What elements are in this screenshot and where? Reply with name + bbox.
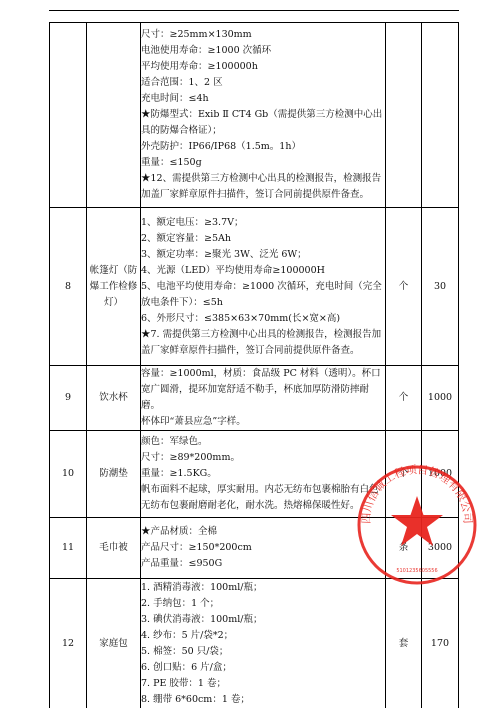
row-number: 10 bbox=[50, 431, 87, 518]
item-quantity: 1000 bbox=[422, 366, 459, 431]
item-name: 家庭包 bbox=[87, 579, 141, 708]
spec-line: ★产品材质：全棉 bbox=[141, 524, 385, 540]
item-unit: 个 bbox=[386, 431, 422, 518]
spec-line: 1、额定电压：≥3.7V； bbox=[141, 215, 385, 231]
spec-line: 重量：≤150g bbox=[141, 155, 385, 171]
item-spec: ★产品材质：全棉 产品尺寸：≥150*200cm 产品重量：≤950G bbox=[141, 518, 386, 579]
spec-line: 平均使用寿命：≥100000h bbox=[141, 59, 385, 75]
spec-line: 5、电池平均使用寿命：≥1000 次循环，充电时间（完全放电条件下）：≤5h bbox=[141, 279, 385, 311]
spec-line: 电池使用寿命：≥1000 次循环 bbox=[141, 43, 385, 59]
table-row: 8 帐篷灯（防爆工作检修灯） 1、额定电压：≥3.7V； 2、额定容量：≥5Ah… bbox=[50, 208, 459, 366]
spec-line: 2. 手纳包：1 个； bbox=[141, 596, 385, 612]
spec-line: ★7. 需提供第三方检测中心出具的检测报告，检测报告加盖厂家鲜章原件扫描件，签订… bbox=[141, 327, 385, 359]
spec-line: 尺寸：≥25mm×130mm bbox=[141, 27, 385, 43]
row-number: 9 bbox=[50, 366, 87, 431]
item-name: 饮水杯 bbox=[87, 366, 141, 431]
item-quantity: 3000 bbox=[422, 518, 459, 579]
spec-line: ★防爆型式：Exib Ⅱ CT4 Gb（需提供第三方检测中心出具的防爆合格证）； bbox=[141, 107, 385, 139]
spec-line: 6. 创口贴：6 片/盒； bbox=[141, 660, 385, 676]
item-quantity bbox=[422, 23, 459, 208]
item-spec: 容量：≥1000ml，材质：食品级 PC 材料（透明）。杯口宽广圆滑，提环加宽舒… bbox=[141, 366, 386, 431]
spec-line: 4、光源（LED）平均使用寿命≥100000H bbox=[141, 263, 385, 279]
item-name: 帐篷灯（防爆工作检修灯） bbox=[87, 208, 141, 366]
item-spec: 颜色：军绿色。 尺寸：≥89*200mm。 重量：≥1.5KG。 帆布面料不起球… bbox=[141, 431, 386, 518]
spec-line: 7. PE 胶带：1 卷； bbox=[141, 676, 385, 692]
item-name bbox=[87, 23, 141, 208]
spec-line: 8. 绷带 6*60cm：1 卷； bbox=[141, 692, 385, 708]
spec-line: 充电时间：≤4h bbox=[141, 91, 385, 107]
spec-line: 产品重量：≤950G bbox=[141, 556, 385, 572]
spec-line: 外壳防护：IP66/IP68（1.5m。1h） bbox=[141, 139, 385, 155]
item-name: 防潮垫 bbox=[87, 431, 141, 518]
table-row: 9 饮水杯 容量：≥1000ml，材质：食品级 PC 材料（透明）。杯口宽广圆滑… bbox=[50, 366, 459, 431]
spec-line: 重量：≥1.5KG。 bbox=[141, 466, 385, 482]
spec-line: 尺寸：≥89*200mm。 bbox=[141, 450, 385, 466]
spec-line: 5. 棉签：50 只/袋； bbox=[141, 644, 385, 660]
item-quantity: 30 bbox=[422, 208, 459, 366]
item-unit bbox=[386, 23, 422, 208]
spec-line: 2、额定容量：≥5Ah bbox=[141, 231, 385, 247]
spec-line: 6、外形尺寸：≤385×63×70mm(长×宽×高) bbox=[141, 311, 385, 327]
item-unit: 个 bbox=[386, 366, 422, 431]
item-unit: 套 bbox=[386, 579, 422, 708]
row-number: 12 bbox=[50, 579, 87, 708]
spec-line: 3. 碘伏消毒液：100ml/瓶； bbox=[141, 612, 385, 628]
table-row: 11 毛巾被 ★产品材质：全棉 产品尺寸：≥150*200cm 产品重量：≤95… bbox=[50, 518, 459, 579]
table-row: 12 家庭包 1. 酒精消毒液：100ml/瓶； 2. 手纳包：1 个； 3. … bbox=[50, 579, 459, 708]
item-name: 毛巾被 bbox=[87, 518, 141, 579]
item-spec: 1. 酒精消毒液：100ml/瓶； 2. 手纳包：1 个； 3. 碘伏消毒液：1… bbox=[141, 579, 386, 708]
spec-line: 4. 纱布：5 片/袋*2； bbox=[141, 628, 385, 644]
spec-line: ★12、需提供第三方检测中心出具的检测报告，检测报告加盖厂家鲜章原件扫描件，签订… bbox=[141, 171, 385, 203]
spec-line: 适合范围：1、2 区 bbox=[141, 75, 385, 91]
item-unit: 个 bbox=[386, 208, 422, 366]
spec-table: 尺寸：≥25mm×130mm 电池使用寿命：≥1000 次循环 平均使用寿命：≥… bbox=[49, 22, 459, 708]
item-quantity: 1000 bbox=[422, 431, 459, 518]
item-quantity: 170 bbox=[422, 579, 459, 708]
spec-line: 容量：≥1000ml，材质：食品级 PC 材料（透明）。杯口宽广圆滑，提环加宽舒… bbox=[141, 366, 385, 414]
item-unit: 条 bbox=[386, 518, 422, 579]
item-spec: 尺寸：≥25mm×130mm 电池使用寿命：≥1000 次循环 平均使用寿命：≥… bbox=[141, 23, 386, 208]
page-header-rule bbox=[49, 10, 459, 11]
table-row: 尺寸：≥25mm×130mm 电池使用寿命：≥1000 次循环 平均使用寿命：≥… bbox=[50, 23, 459, 208]
spec-line: 1. 酒精消毒液：100ml/瓶； bbox=[141, 580, 385, 596]
spec-line: 3、额定功率：≥聚光 3W、泛光 6W； bbox=[141, 247, 385, 263]
spec-line: 产品尺寸：≥150*200cm bbox=[141, 540, 385, 556]
spec-line: 颜色：军绿色。 bbox=[141, 434, 385, 450]
item-spec: 1、额定电压：≥3.7V； 2、额定容量：≥5Ah 3、额定功率：≥聚光 3W、… bbox=[141, 208, 386, 366]
table-row: 10 防潮垫 颜色：军绿色。 尺寸：≥89*200mm。 重量：≥1.5KG。 … bbox=[50, 431, 459, 518]
spec-line: 帆布面料不起球，厚实耐用。内芯无纺布包裹棉胎有白色无纺布包裹耐磨耐老化，耐水洗。… bbox=[141, 482, 385, 514]
row-number: 8 bbox=[50, 208, 87, 366]
row-number: 11 bbox=[50, 518, 87, 579]
spec-line: 杯体印“萧县应急”字样。 bbox=[141, 414, 385, 430]
row-number bbox=[50, 23, 87, 208]
